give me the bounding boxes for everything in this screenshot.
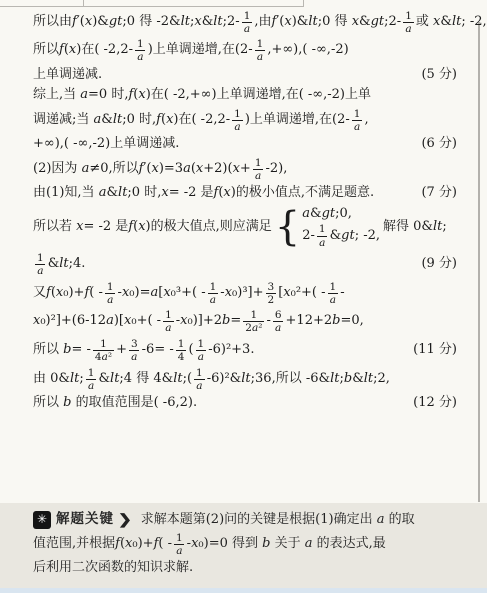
numerator: 1 [135,38,146,50]
fraction: 14 [176,338,187,363]
math-line: 所以f(x)在( -2,2-1a)上单调递增,在(2-1a,+∞),( -∞,-… [33,38,457,63]
math-line: +∞),( -∞,-2)上单调递减.(6 分) [33,136,457,153]
fraction: 1a [35,252,46,277]
text-run: 综上,当 a=0 时,f(x)在( -2,+∞)上单调递增,在( -∞,-2)上… [33,87,371,104]
fraction: 1a [317,223,328,248]
numerator: 1 [242,10,253,22]
clover-icon: ✳ [33,511,51,529]
math-line: 值范围,并根据f(x₀)+f( -1a-x₀)=0 得到 b 关于 a 的表达式… [33,532,457,557]
numerator: 1 [255,38,266,50]
cases-rows: a&gt;0,2-1a&gt; -2, [302,206,380,249]
text-run: x₀)²]+(6-12a)[x₀+( - [33,313,161,330]
score-label: (6 分) [417,136,457,153]
numerator: 3 [266,281,277,293]
numerator: 6 [273,309,284,321]
math-line: 由(1)知,当 a&lt;0 时,x= -2 是f(x)的极小值点,不满足题意.… [33,185,457,202]
text-run: -x₀)]+2b= [176,313,242,330]
fraction: 1a [232,108,243,133]
text-run: 2- [302,228,315,245]
denominator: a [135,50,145,63]
denominator: a [273,321,283,334]
denominator: a [35,264,45,277]
text-run: -6)²+3. [208,342,254,359]
numerator: 1 [253,157,264,169]
denominator: 4 [176,350,187,363]
text-run: [x₀²+( - [278,285,325,302]
numerator: 1 [249,309,260,321]
fraction: 6a [273,309,284,334]
text-run: -x₀)=0 得到 b 关于 a 的表达式,最 [187,536,386,553]
text-run: 所以若 x= -2 是f(x)的极大值点,则应满足 [33,219,272,236]
denominator: a [352,120,362,133]
numerator: 1 [163,309,174,321]
numerator: 1 [208,281,219,293]
text-run: )上单调递增,在(2- [148,42,253,59]
fraction: 1a [352,108,363,133]
text-run: -x₀)=a[x₀³+( - [118,285,206,302]
denominator: a [163,321,173,334]
text-run: (2)因为 a≠0,所以f′(x)=3a(x+2)(x+ [33,161,251,178]
fraction: 1a [255,38,266,63]
fraction: 1a [135,38,146,63]
arrow-right-icon: ❯ [118,511,132,529]
text-run: +12+2b=0, [286,313,364,330]
text-run: &lt;4 得 4&lt;( [98,371,192,388]
fraction: 1a [174,532,185,557]
numerator: 1 [196,338,207,350]
score-label: (7 分) [417,185,457,202]
text-run: 后利用二次函数的知识求解. [33,560,193,577]
text-run: 所以 b= - [33,342,91,359]
numerator: 3 [129,338,140,350]
text-run: &lt;4. [48,256,86,273]
numerator: 1 [232,108,243,120]
math-line: 上单调递减.(5 分) [33,67,457,84]
numerator: 1 [174,532,185,544]
math-line: 后利用二次函数的知识求解. [33,560,457,577]
denominator: a [194,379,204,392]
denominator: a [196,350,206,363]
denominator: a [403,22,413,35]
math-line: 由 0&lt;1a&lt;4 得 4&lt;(1a-6)²&lt;36,所以 -… [33,367,457,392]
text-run: )上单调递增,在(2- [245,112,350,129]
numerator: 1 [403,10,414,22]
text-run: + [116,342,127,359]
text-run: , [364,112,368,129]
text-run: -2), [266,161,288,178]
denominator: a [253,169,263,182]
numerator: 1 [328,281,339,293]
numerator: 1 [105,281,116,293]
text-run: 求解本题第(2)问的关键是根据(1)确定出 a 的取 [141,512,415,529]
text-run: 又f(x₀)+f( - [33,285,103,302]
text-run: &gt; -2, [330,228,380,245]
math-line: 综上,当 a=0 时,f(x)在( -2,+∞)上单调递增,在( -∞,-2)上… [33,87,457,104]
denominator: a [86,379,96,392]
numerator: 1 [176,338,187,350]
score-label: (12 分) [409,395,457,412]
fraction: 1a [253,157,264,182]
fraction: 12a² [243,309,264,334]
math-line: x₀)²]+(6-12a)[x₀+( -1a-x₀)]+2b=12a²-6a+1… [33,309,457,334]
text-run: 所以 b 的取值范围是( -6,2). [33,395,197,412]
text-run: ,+∞),( -∞,-2) [267,42,348,59]
numerator: 1 [317,223,328,235]
text-run: -x₀)³]+ [220,285,263,302]
denominator: 4a² [93,350,114,363]
fraction: 1a [328,281,339,306]
denominator: 2a² [243,321,264,334]
fraction: 3a [129,338,140,363]
scanned-solution-page: 所以由f′(x)&gt;0 得 -2&lt;x&lt;2-1a,由f′(x)&l… [0,0,487,593]
text-run: -6)²&lt;36,所以 -6&lt;b&lt;2, [207,371,390,388]
score-label: (11 分) [409,342,457,359]
key-point-badge: ✳解题关键❯ [33,511,137,529]
denominator: a [328,293,338,306]
score-label: (9 分) [417,256,457,273]
fraction: 1a [403,10,414,35]
cases-row: a&gt;0, [302,206,352,223]
text-run: a&gt;0, [302,206,352,223]
text-run: 解得 0&lt; [383,219,447,236]
numerator: 1 [98,338,109,350]
fraction: 1a [194,367,205,392]
text-run: 或 x&lt; -2, [416,14,487,31]
numerator: 1 [35,252,46,264]
math-line: 1a&lt;4.(9 分) [33,252,457,277]
denominator: a [129,350,139,363]
numerator: 1 [194,367,205,379]
math-line: 所以由f′(x)&gt;0 得 -2&lt;x&lt;2-1a,由f′(x)&l… [33,10,457,35]
math-line: 所以若 x= -2 是f(x)的极大值点,则应满足{a&gt;0,2-1a&gt… [33,206,457,249]
text-run: ( [188,342,193,359]
page-right-border [478,22,480,502]
key-point-section: ✳解题关键❯求解本题第(2)问的关键是根据(1)确定出 a 的取值范围,并根据f… [0,503,487,588]
denominator: a [317,236,327,249]
fraction: 1a [242,10,253,35]
fraction: 1a [163,309,174,334]
text-run: 所以由f′(x)&gt;0 得 -2&lt;x&lt;2- [33,14,240,31]
denominator: 2 [266,293,277,306]
text-run: - [266,313,270,330]
math-line: 所以 b 的取值范围是( -6,2).(12 分) [33,395,457,412]
solution-text-block: 所以由f′(x)&gt;0 得 -2&lt;x&lt;2-1a,由f′(x)&l… [33,6,457,416]
text-run: 由(1)知,当 a&lt;0 时,x= -2 是f(x)的极小值点,不满足题意. [33,185,374,202]
text-run: 上单调递减. [33,67,102,84]
fraction: 32 [266,281,277,306]
fraction: 1a [208,281,219,306]
denominator: a [242,22,252,35]
score-label: (5 分) [417,67,457,84]
fraction: 1a [196,338,207,363]
fraction: 14a² [93,338,114,363]
denominator: a [105,293,115,306]
denominator: a [255,50,265,63]
math-line: 又f(x₀)+f( -1a-x₀)=a[x₀³+( -1a-x₀)³]+32[x… [33,281,457,306]
math-line: 所以 b= -14a²+3a-6= -14(1a-6)²+3.(11 分) [33,338,457,363]
text-run: - [340,285,344,302]
math-line: (2)因为 a≠0,所以f′(x)=3a(x+2)(x+1a-2), [33,157,457,182]
numerator: 1 [86,367,97,379]
text-run: 值范围,并根据f(x₀)+f( - [33,536,172,553]
text-run: +∞),( -∞,-2)上单调递减. [33,136,179,153]
denominator: a [174,544,184,557]
text-run: ,由f′(x)&lt;0 得 x&gt;2- [254,14,401,31]
numerator: 1 [352,108,363,120]
fraction: 1a [105,281,116,306]
left-brace-icon: { [275,210,300,244]
denominator: a [232,120,242,133]
math-line: 调递减;当 a&lt;0 时,f(x)在( -2,2-1a)上单调递增,在(2-… [33,108,457,133]
math-line: ✳解题关键❯求解本题第(2)问的关键是根据(1)确定出 a 的取 [33,511,457,529]
text-run: 调递减;当 a&lt;0 时,f(x)在( -2,2- [33,112,230,129]
page-bottom-strip [0,588,487,593]
denominator: a [208,293,218,306]
cases-group: {a&gt;0,2-1a&gt; -2, [275,206,380,249]
key-point-text-block: ✳解题关键❯求解本题第(2)问的关键是根据(1)确定出 a 的取值范围,并根据f… [33,511,457,577]
text-run: -6= - [142,342,174,359]
text-run: 所以f(x)在( -2,2- [33,42,133,59]
text-run: 由 0&lt; [33,371,84,388]
key-point-label: 解题关键 [56,511,114,529]
cases-row: 2-1a&gt; -2, [302,223,380,248]
fraction: 1a [86,367,97,392]
